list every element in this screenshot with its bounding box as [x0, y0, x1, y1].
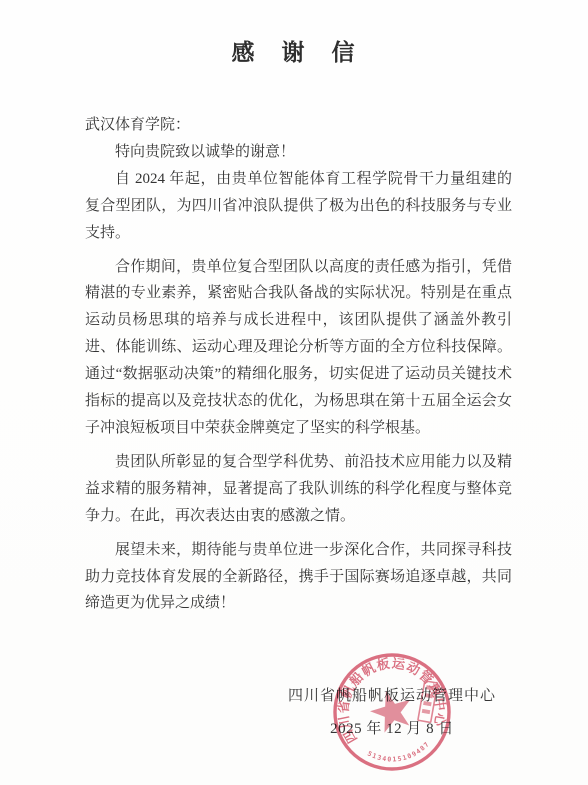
letter-paragraph-5: 展望未来，期待能与贵单位进一步深化合作，共同探寻科技助力竞技体育发展的全新路径，… — [85, 537, 512, 618]
letter-paragraph-2: 自 2024 年起，由贵单位智能体育工程学院骨干力量组建的复合型团队，为四川省冲… — [85, 166, 512, 247]
letter-paragraph-1: 特向贵院致以诚挚的谢意！ — [85, 139, 512, 166]
letter-title: 感 谢 信 — [0, 34, 588, 67]
letter-paragraph-3: 合作期间，贵单位复合型团队以高度的责任感为指引，凭借精湛的专业素养，紧密贴合我队… — [85, 254, 512, 442]
letter-page: 感 谢 信 武汉体育学院： 特向贵院致以诚挚的谢意！ 自 2024 年起，由贵单… — [0, 0, 588, 785]
signature-date: 2025 年 12 月 8 日 — [288, 717, 496, 738]
letter-paragraph-4: 贵团队所彰显的复合型学科优势、前沿技术应用能力以及精益求精的服务精神，显著提高了… — [85, 449, 512, 530]
seal-serial-number: 5134015109487 — [365, 739, 434, 769]
signature-organization: 四川省帆船帆板运动管理中心 — [288, 684, 496, 705]
letter-greeting: 武汉体育学院： — [85, 112, 512, 139]
svg-text:5134015109487: 5134015109487 — [365, 739, 434, 769]
signature-block: 四川省帆船帆板运动管理中心 2025 年 12 月 8 日 — [288, 684, 496, 738]
letter-body: 武汉体育学院： 特向贵院致以诚挚的谢意！ 自 2024 年起，由贵单位智能体育工… — [85, 112, 512, 617]
